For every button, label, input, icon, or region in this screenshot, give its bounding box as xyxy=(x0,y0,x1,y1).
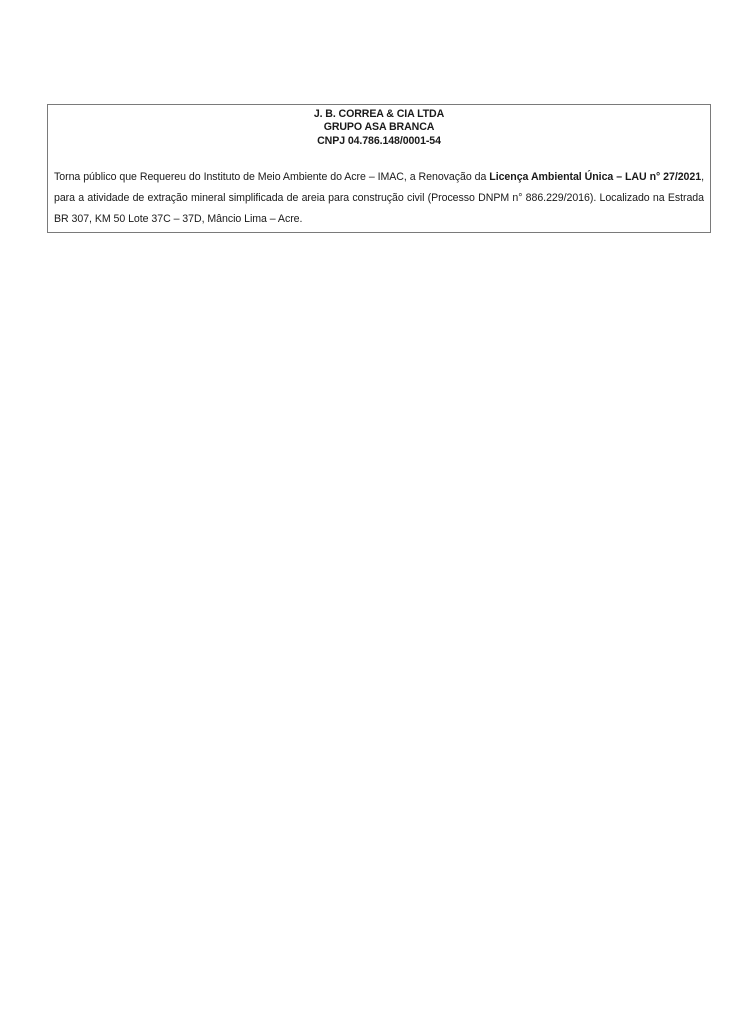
public-notice-box: J. B. CORREA & CIA LTDA GRUPO ASA BRANCA… xyxy=(47,104,711,233)
company-name: J. B. CORREA & CIA LTDA xyxy=(48,108,710,121)
cnpj-number: CNPJ 04.786.148/0001-54 xyxy=(48,135,710,148)
notice-body: Torna público que Requereu do Instituto … xyxy=(54,167,704,230)
notice-intro-text: Torna público que Requereu do Instituto … xyxy=(54,171,489,183)
license-number-text: Licença Ambiental Única – LAU n° 27/2021 xyxy=(489,171,701,183)
group-name: GRUPO ASA BRANCA xyxy=(48,121,710,134)
notice-header: J. B. CORREA & CIA LTDA GRUPO ASA BRANCA… xyxy=(48,105,710,148)
